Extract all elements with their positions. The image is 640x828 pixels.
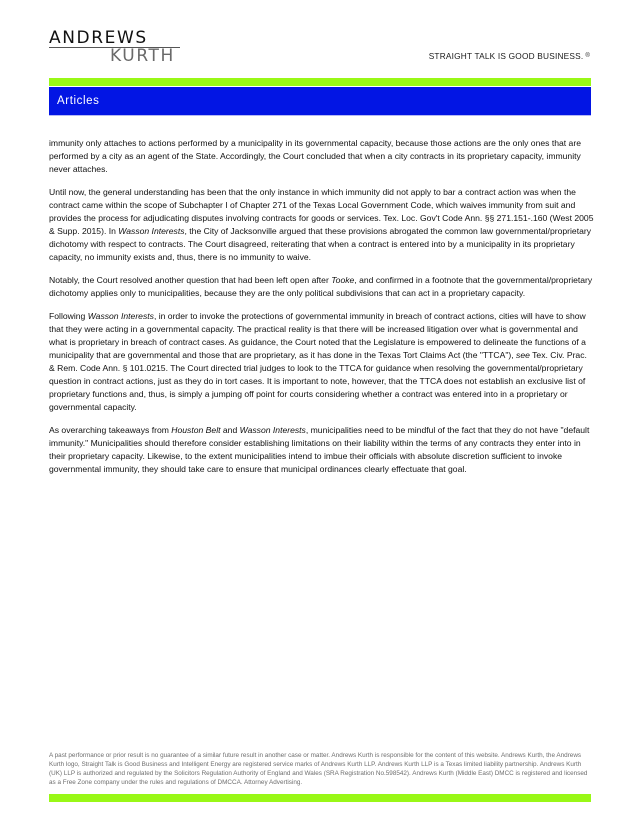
- paragraph-text: Notably, the Court resolved another ques…: [49, 275, 331, 285]
- article-paragraph: Until now, the general understanding has…: [49, 186, 594, 265]
- tagline: STRAIGHT TALK IS GOOD BUSINESS.®: [429, 51, 590, 61]
- andrews-kurth-logo: ANDREWS KURTH: [49, 30, 181, 66]
- logo-line-andrews: ANDREWS: [49, 30, 148, 47]
- case-name: Wasson Interests: [88, 311, 154, 321]
- case-name: Wasson Interests: [118, 226, 184, 236]
- article-paragraph: Following Wasson Interests, in order to …: [49, 310, 594, 415]
- case-name: Wasson Interests: [240, 425, 306, 435]
- section-title: Articles: [57, 95, 100, 107]
- footer-accent-bar: [49, 794, 591, 802]
- citation-signal: see: [516, 350, 530, 360]
- registered-mark-icon: ®: [585, 53, 590, 59]
- paragraph-text: and: [221, 425, 240, 435]
- article-paragraph: As overarching takeaways from Houston Be…: [49, 424, 594, 476]
- paragraph-text: Following: [49, 311, 88, 321]
- logo-line-kurth: KURTH: [110, 48, 175, 65]
- case-name: Houston Belt: [171, 425, 220, 435]
- article-body: immunity only attaches to actions perfor…: [49, 137, 594, 486]
- article-paragraph: immunity only attaches to actions perfor…: [49, 137, 594, 176]
- section-header-bar: Articles: [49, 87, 591, 116]
- tagline-text: STRAIGHT TALK IS GOOD BUSINESS.: [429, 51, 584, 61]
- footer-disclaimer: A past performance or prior result is no…: [49, 751, 594, 787]
- paragraph-text: As overarching takeaways from: [49, 425, 171, 435]
- paragraph-text: immunity only attaches to actions perfor…: [49, 138, 581, 174]
- header-accent-bar: [49, 78, 591, 86]
- case-name: Tooke: [331, 275, 354, 285]
- article-paragraph: Notably, the Court resolved another ques…: [49, 274, 594, 300]
